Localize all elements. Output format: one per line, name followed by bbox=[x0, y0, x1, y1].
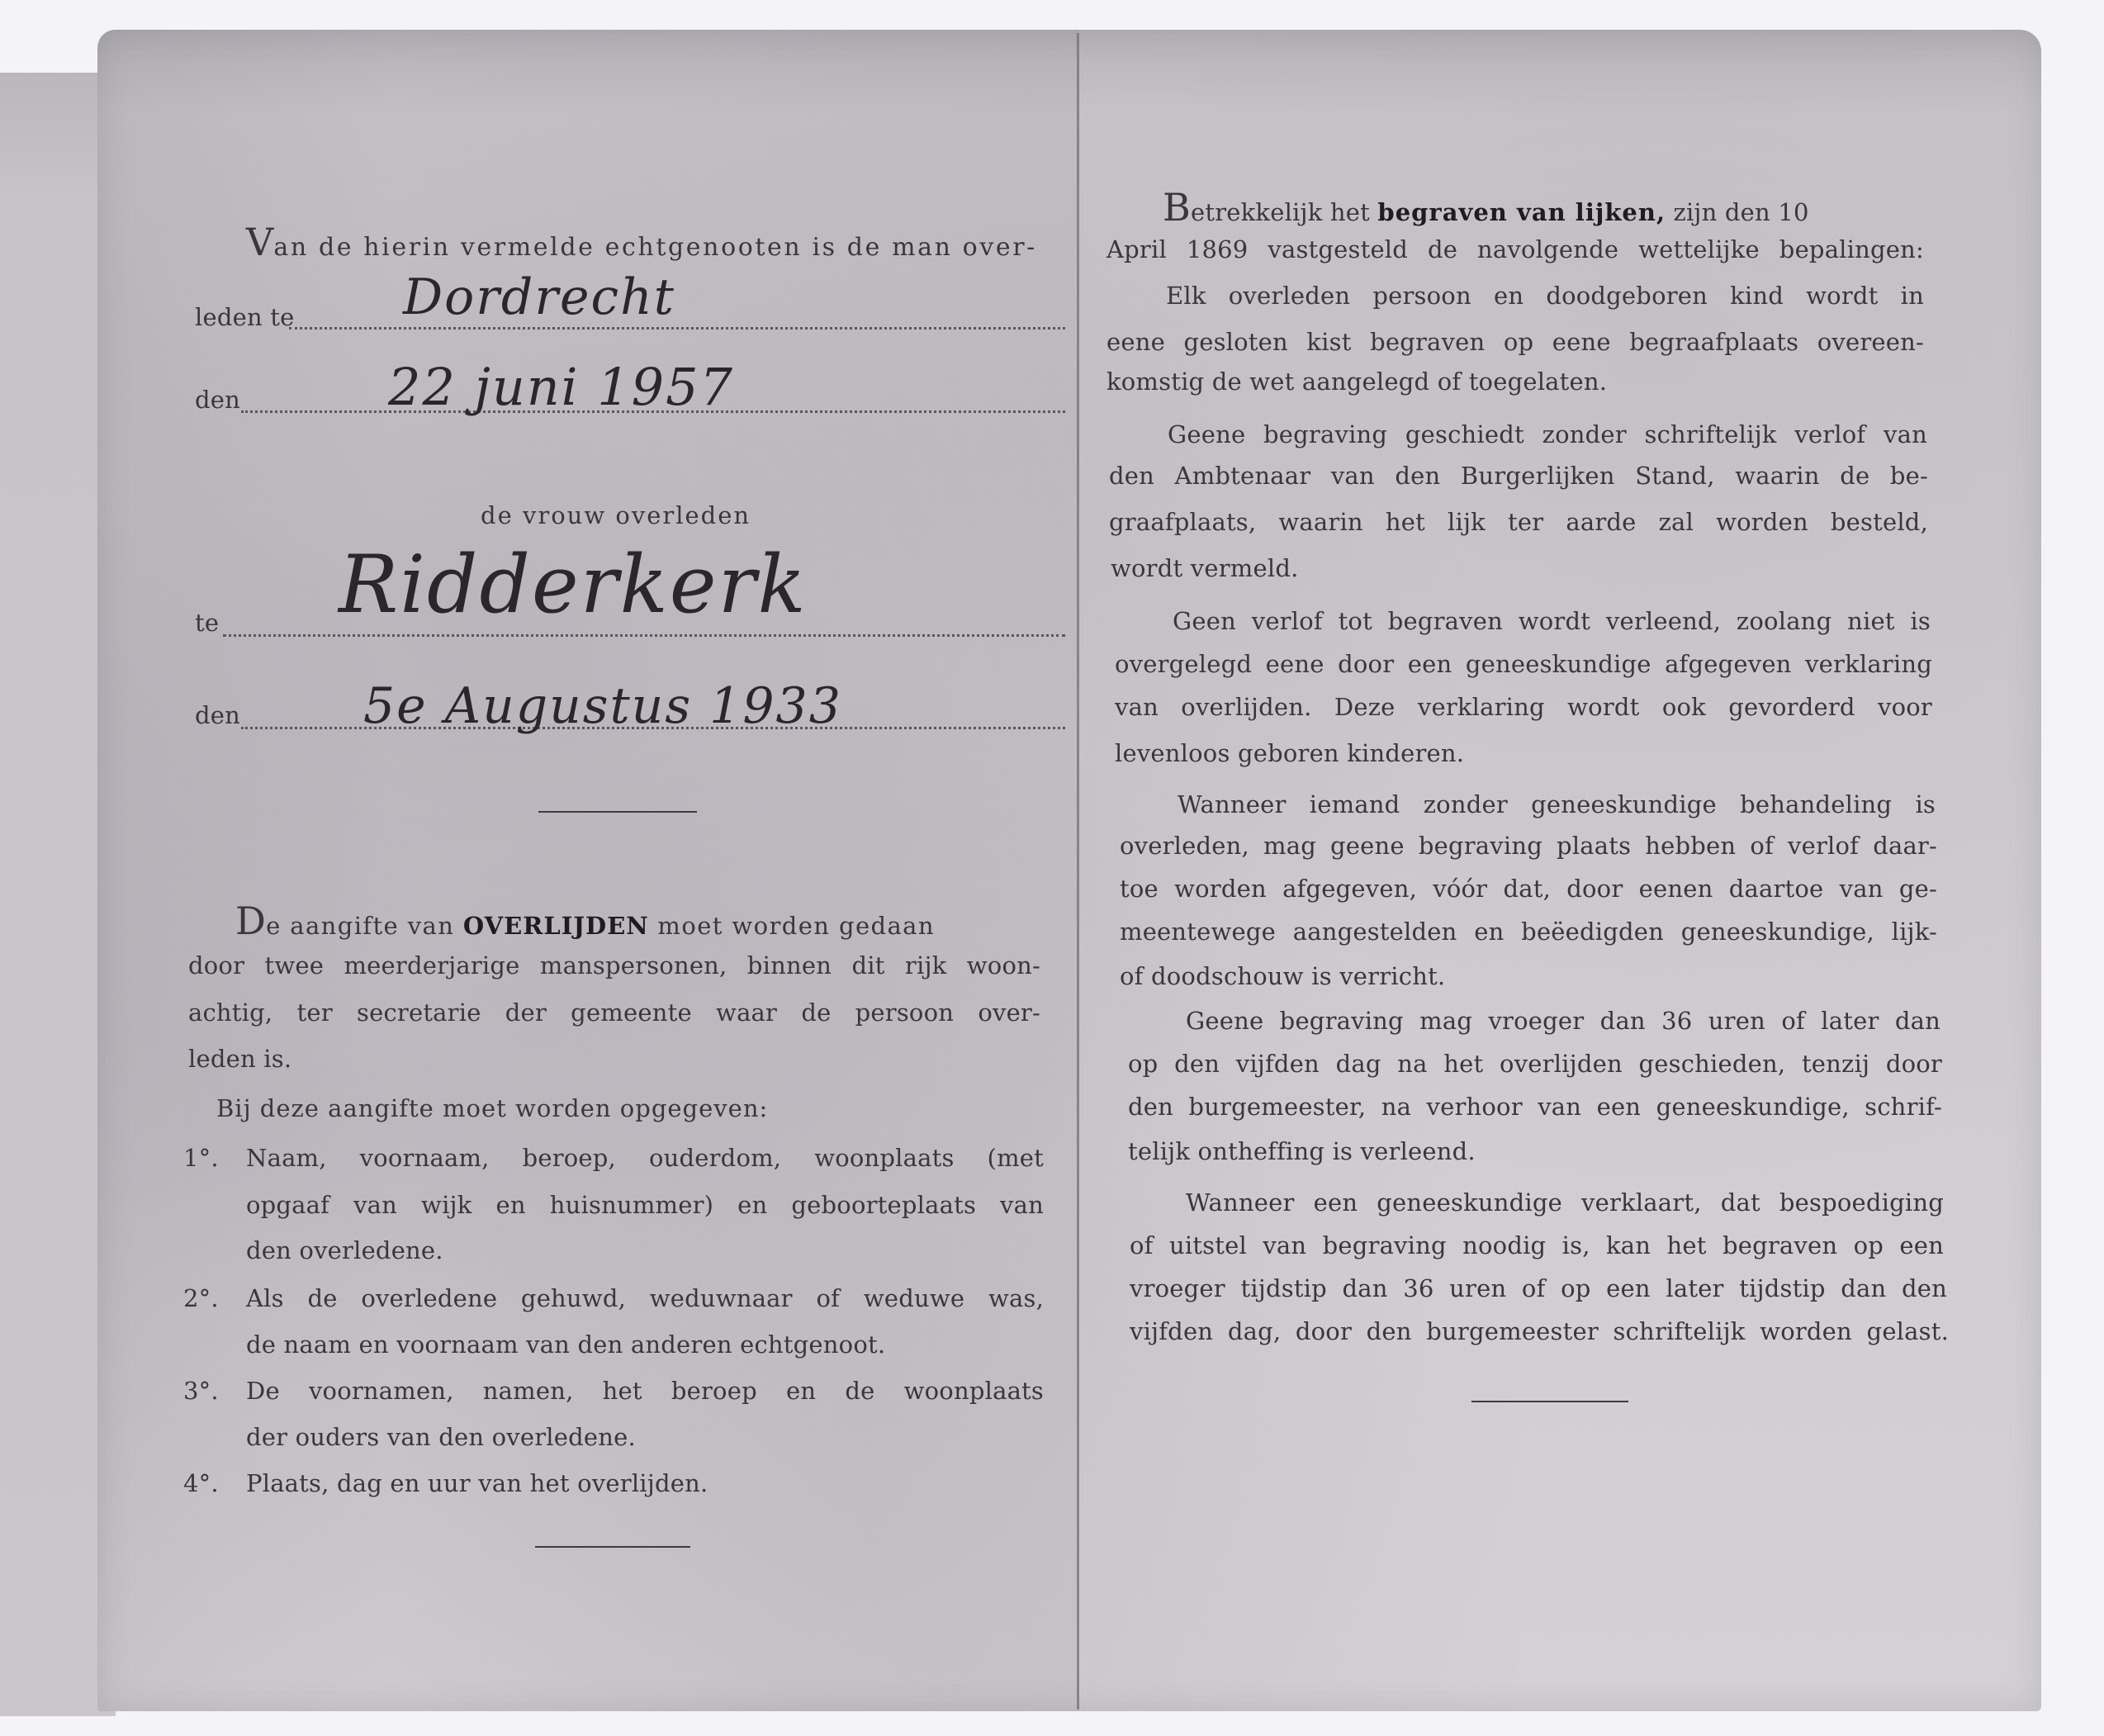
notice-line-4: leden is. bbox=[188, 1047, 291, 1071]
wife-date-value: 5e Augustus 1933 bbox=[363, 681, 842, 731]
item-4-line: Plaats, dag en uur van het overlijden. bbox=[246, 1472, 708, 1496]
notice-line-3: achtig, ter secretarie der gemeente waar… bbox=[188, 1001, 1040, 1025]
para-4-line: meentewege aangestelden en beëedigden ge… bbox=[1120, 920, 1937, 944]
wife-place-value: Ridderkerk bbox=[339, 545, 808, 624]
para-5-line: Geene begraving mag vroeger dan 36 uren … bbox=[1186, 1009, 1941, 1033]
husband-place-label: leden te bbox=[195, 306, 294, 330]
item-1-line: den overledene. bbox=[246, 1239, 443, 1263]
item-3-num: 3°. bbox=[183, 1379, 219, 1403]
divider bbox=[1471, 1401, 1628, 1402]
page-fold bbox=[1077, 33, 1079, 1710]
para-5-line: den burgemeester, na verhoor van een gen… bbox=[1128, 1095, 1942, 1119]
wife-place-label: te bbox=[195, 611, 219, 635]
para-1-line: eene gesloten kist begraven op eene begr… bbox=[1106, 330, 1924, 354]
item-1-line: opgaaf van wijk en huisnummer) en geboor… bbox=[246, 1193, 1044, 1217]
para-4-line: of doodschouw is verricht. bbox=[1120, 965, 1445, 989]
husband-date-label: den bbox=[195, 388, 240, 412]
para-5-line: op den vijfden dag na het overlijden ges… bbox=[1128, 1052, 1942, 1076]
para-3-line: Geen verlof tot begraven wordt verleend,… bbox=[1173, 609, 1931, 633]
para-2-line: graafplaats, waarin het lijk ter aarde z… bbox=[1109, 510, 1928, 534]
item-2-num: 2°. bbox=[183, 1287, 219, 1311]
intro-line: Van de hierin vermelde echtgenooten is d… bbox=[246, 223, 1037, 261]
heading-line-2: April 1869 vastgesteld de navolgende wet… bbox=[1106, 238, 1924, 262]
heading-keyword: begraven van lijken, bbox=[1377, 198, 1666, 226]
heading-line-1: Betrekkelijk het begraven van lijken, zi… bbox=[1163, 188, 1809, 226]
para-2-line: Geene begraving geschiedt zonder schrift… bbox=[1168, 423, 1927, 447]
para-3-line: levenloos geboren kinderen. bbox=[1115, 742, 1464, 766]
divider bbox=[538, 811, 697, 813]
dotted-line bbox=[223, 634, 1065, 637]
item-1-num: 1°. bbox=[183, 1146, 219, 1170]
item-2-line: Als de overledene gehuwd, weduwnaar of w… bbox=[246, 1287, 1044, 1311]
item-1-line: Naam, voornaam, beroep, ouderdom, woonpl… bbox=[246, 1146, 1044, 1170]
item-2-line: de naam en voornaam van den anderen echt… bbox=[246, 1333, 885, 1357]
para-4-line: Wanneer iemand zonder geneeskundige beha… bbox=[1178, 793, 1936, 817]
husband-place-value: Dordrecht bbox=[403, 273, 675, 322]
para-6-line: Wanneer een geneeskundige verklaart, dat… bbox=[1186, 1191, 1944, 1215]
husband-date-value: 22 juni 1957 bbox=[388, 362, 734, 413]
para-4-line: overleden, mag geene begraving plaats he… bbox=[1120, 834, 1937, 858]
para-6-line: vroeger tijdstip dan 36 uren of op een l… bbox=[1130, 1277, 1947, 1301]
para-2-line: den Ambtenaar van den Burgerlijken Stand… bbox=[1109, 464, 1928, 488]
list-intro: Bij deze aangifte moet worden opgegeven: bbox=[216, 1097, 768, 1121]
item-4-num: 4°. bbox=[183, 1472, 219, 1496]
para-1-line: komstig de wet aangelegd of toegelaten. bbox=[1106, 370, 1607, 394]
overlijden-keyword: OVERLIJDEN bbox=[463, 912, 649, 940]
wife-date-label: den bbox=[195, 704, 240, 728]
para-3-line: overgelegd eene door een geneeskundige a… bbox=[1115, 652, 1932, 676]
para-4-line: toe worden afgegeven, vóór dat, door een… bbox=[1120, 877, 1937, 901]
para-6-line: vijfden dag, door den burgemeester schri… bbox=[1130, 1320, 1949, 1344]
item-3-line: De voornamen, namen, het beroep en de wo… bbox=[246, 1379, 1044, 1403]
dropcap: V bbox=[246, 220, 273, 264]
notice-line-2: door twee meerderjarige manspersonen, bi… bbox=[188, 954, 1040, 978]
wife-heading: de vrouw overleden bbox=[481, 504, 751, 528]
notice-line-1: De aangifte van OVERLIJDEN moet worden g… bbox=[235, 902, 1045, 940]
para-2-line: wordt vermeld. bbox=[1111, 557, 1299, 581]
item-3-line: der ouders van den overledene. bbox=[246, 1425, 636, 1449]
dotted-line bbox=[289, 327, 1065, 330]
para-5-line: telijk ontheffing is verleend. bbox=[1128, 1140, 1476, 1164]
para-6-line: of uitstel van begraving noodig is, kan … bbox=[1130, 1234, 1944, 1258]
para-3-line: van overlijden. Deze verklaring wordt oo… bbox=[1115, 695, 1932, 719]
para-1-line: Elk overleden persoon en doodgeboren kin… bbox=[1166, 284, 1924, 308]
divider bbox=[535, 1546, 690, 1548]
